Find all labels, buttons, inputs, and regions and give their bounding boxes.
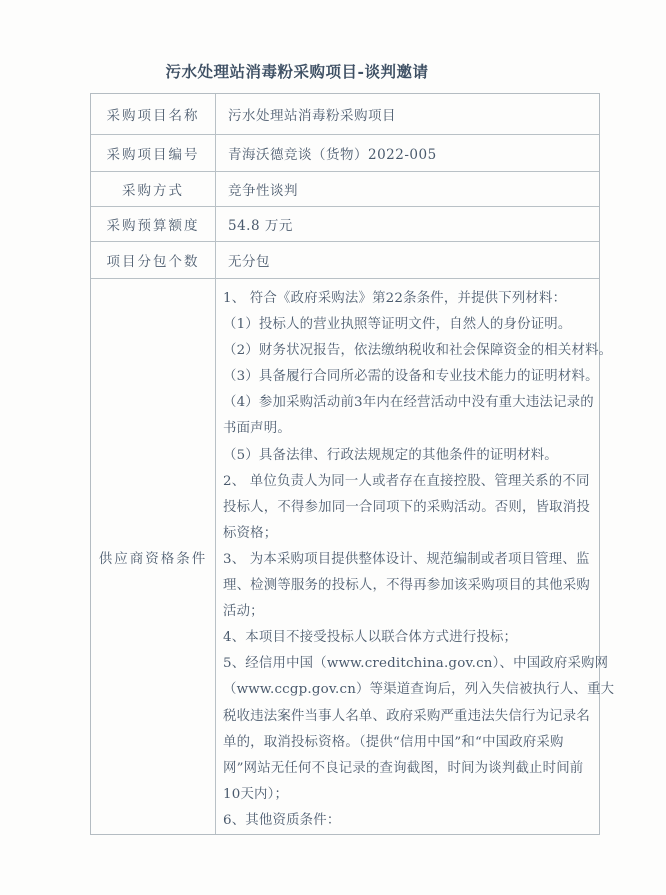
project-number-value: 青海沃德竞谈（货物）2022-005 — [216, 135, 599, 171]
project-number-label: 采购项目编号 — [91, 135, 216, 171]
qualification-line: 1、 符合《政府采购法》第22条条件，并提供下列材料： — [223, 286, 614, 312]
qualification-line: 标资格； — [223, 521, 614, 547]
project-name-label: 采购项目名称 — [91, 94, 216, 134]
subpackages-label: 项目分包个数 — [91, 242, 216, 278]
table-row-project-number: 采购项目编号 青海沃德竞谈（货物）2022-005 — [91, 134, 599, 171]
qualification-line: 网”网站无任何不良记录的查询截图，时间为谈判截止时间前 — [223, 756, 614, 782]
qualification-line: 5、经信用中国（www.creditchina.gov.cn）、中国政府采购网 — [223, 651, 614, 677]
qualification-line: 单的，取消投标资格。（提供“信用中国”和“中国政府采购 — [223, 730, 614, 756]
qualification-line: （1）投标人的营业执照等证明文件，自然人的身份证明。 — [223, 312, 614, 338]
supplier-qualifications-text: 1、 符合《政府采购法》第22条条件，并提供下列材料： （1）投标人的营业执照等… — [216, 279, 618, 834]
qualification-line: 2、 单位负责人为同一人或者存在直接控股、管理关系的不同 — [223, 469, 614, 495]
procurement-method-value: 竞争性谈判 — [216, 172, 599, 206]
qualification-line: （4）参加采购活动前3年内在经营活动中没有重大违法记录的 — [223, 390, 614, 416]
qualification-line: 10天内）； — [223, 782, 614, 808]
qualification-line: （5）具备法律、行政法规规定的其他条件的证明材料。 — [223, 443, 614, 469]
qualification-line: 书面声明。 — [223, 416, 614, 442]
qualification-line: 3、 为本采购项目提供整体设计、规范编制或者项目管理、监 — [223, 547, 614, 573]
budget-label: 采购预算额度 — [91, 207, 216, 241]
table-row-budget: 采购预算额度 54.8 万元 — [91, 206, 599, 241]
qualification-line: 理、检测等服务的投标人，不得再参加该采购项目的其他采购 — [223, 573, 614, 599]
subpackages-value: 无分包 — [216, 242, 599, 278]
qualification-line: 投标人，不得参加同一合同项下的采购活动。否则，皆取消投 — [223, 495, 614, 521]
document-title: 污水处理站消毒粉采购项目-谈判邀请 — [0, 60, 594, 82]
table-row-supplier-qualifications: 供应商资格条件 1、 符合《政府采购法》第22条条件，并提供下列材料： （1）投… — [91, 278, 599, 834]
qualification-line: 4、本项目不接受投标人以联合体方式进行投标； — [223, 625, 614, 651]
project-name-value: 污水处理站消毒粉采购项目 — [216, 94, 599, 134]
procurement-method-label: 采购方式 — [91, 172, 216, 206]
table-row-subpackages: 项目分包个数 无分包 — [91, 241, 599, 278]
qualification-line: （3）具备履行合同所必需的设备和专业技术能力的证明材料。 — [223, 364, 614, 390]
qualification-line: 活动； — [223, 599, 614, 625]
qualification-line: 税收违法案件当事人名单、政府采购严重违法失信行为记录名 — [223, 704, 614, 730]
table-row-project-name: 采购项目名称 污水处理站消毒粉采购项目 — [91, 94, 599, 134]
qualification-line: 6、其他资质条件： — [223, 808, 614, 834]
table-row-procurement-method: 采购方式 竞争性谈判 — [91, 171, 599, 206]
supplier-qualifications-label: 供应商资格条件 — [91, 279, 216, 834]
procurement-info-table: 采购项目名称 污水处理站消毒粉采购项目 采购项目编号 青海沃德竞谈（货物）202… — [90, 93, 600, 835]
document-page: 污水处理站消毒粉采购项目-谈判邀请 采购项目名称 污水处理站消毒粉采购项目 采购… — [0, 0, 666, 895]
qualification-line: （www.ccgp.gov.cn）等渠道查询后，列入失信被执行人、重大 — [223, 677, 614, 703]
budget-value: 54.8 万元 — [216, 207, 599, 241]
qualification-line: （2）财务状况报告，依法缴纳税收和社会保障资金的相关材料。 — [223, 338, 614, 364]
